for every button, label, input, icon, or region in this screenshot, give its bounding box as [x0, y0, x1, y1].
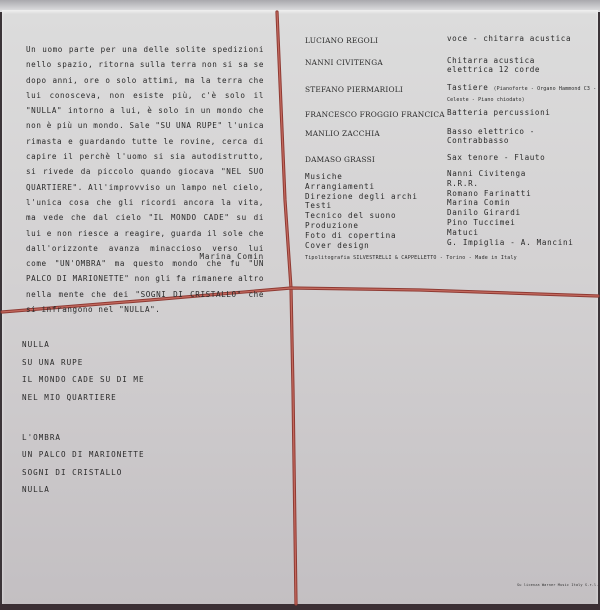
- track-item: SU UNA RUPE: [22, 358, 145, 376]
- story-signature: Marina Comin: [26, 252, 264, 261]
- member-role-main: Tastiere: [447, 83, 488, 92]
- credit-value: Nanni Civitenga: [447, 169, 526, 178]
- member-role: voce - chitarra acustica: [447, 34, 597, 43]
- credit-value: Pino Tuccimei: [447, 218, 516, 227]
- license-notice: Su licenza Warner Music Italy S.r.l.: [517, 583, 599, 587]
- member-role: Batteria percussioni: [447, 108, 597, 117]
- credit-label: Foto di copertina: [305, 231, 396, 240]
- credit-label: Direzione degli archi: [305, 192, 418, 201]
- track-item: UN PALCO DI MARIONETTE: [22, 450, 145, 468]
- credit-label: Musiche: [305, 172, 343, 181]
- member-role: Basso elettrico - Contrabbasso: [447, 127, 597, 145]
- credit-value: Romano Farinatti: [447, 189, 531, 198]
- member-name: STEFANO PIERMARIOLI: [305, 85, 403, 94]
- track-item: NEL MIO QUARTIERE: [22, 393, 145, 433]
- track-item: NULLA: [22, 485, 145, 503]
- tracklist: NULLA SU UNA RUPE IL MONDO CADE SU DI ME…: [22, 340, 145, 503]
- credit-value: Matuci: [447, 228, 479, 237]
- member-name: MANLIO ZACCHIA: [305, 129, 380, 138]
- member-name: FRANCESCO FROGGIO FRANCICA: [305, 110, 445, 119]
- story-paragraph: Un uomo parte per una delle solite spedi…: [26, 42, 264, 317]
- track-item: L'OMBRA: [22, 433, 145, 451]
- track-item: IL MONDO CADE SU DI ME: [22, 375, 145, 393]
- credit-label: Arrangiamenti: [305, 182, 375, 191]
- credit-row: Cover designG. Impiglia - A. Mancini: [305, 241, 595, 251]
- credit-value: Danilo Girardi: [447, 208, 521, 217]
- band-members: LUCIANO REGOLI voce - chitarra acustica …: [305, 36, 595, 177]
- track-item: NULLA: [22, 340, 145, 358]
- member-role: Chitarra acustica elettrica 12 corde: [447, 56, 597, 74]
- member-row: MANLIO ZACCHIA Basso elettrico - Contrab…: [305, 129, 595, 155]
- printer-credit: Tipolitografia SILVESTRELLI & CAPPELLETT…: [305, 255, 517, 261]
- member-row: LUCIANO REGOLI voce - chitarra acustica: [305, 36, 595, 58]
- credit-value: R.R.R.: [447, 179, 479, 188]
- credit-value: G. Impiglia - A. Mancini: [447, 238, 574, 247]
- member-name: LUCIANO REGOLI: [305, 36, 378, 45]
- credit-label: Testi: [305, 201, 332, 210]
- member-name: NANNI CIVITENGA: [305, 58, 383, 67]
- member-role: Sax tenore - Flauto: [447, 153, 597, 162]
- member-role: Tastiere (Pianoforte - Organo Hammond C3…: [447, 83, 597, 105]
- credit-value: Marina Comin: [447, 198, 510, 207]
- credit-label: Produzione: [305, 221, 359, 230]
- track-item: SOGNI DI CRISTALLO: [22, 468, 145, 486]
- credit-label: Tecnico del suono: [305, 211, 396, 220]
- member-name: DAMASO GRASSI: [305, 155, 375, 164]
- sleeve-bottom-edge: [0, 604, 600, 610]
- member-row: NANNI CIVITENGA Chitarra acustica elettr…: [305, 58, 595, 85]
- credit-label: Cover design: [305, 241, 369, 250]
- production-credits: MusicheNanni Civitenga ArrangiamentiR.R.…: [305, 172, 595, 250]
- story-text: Un uomo parte per una delle solite spedi…: [26, 42, 264, 317]
- member-row: STEFANO PIERMARIOLI Tastiere (Pianoforte…: [305, 85, 595, 110]
